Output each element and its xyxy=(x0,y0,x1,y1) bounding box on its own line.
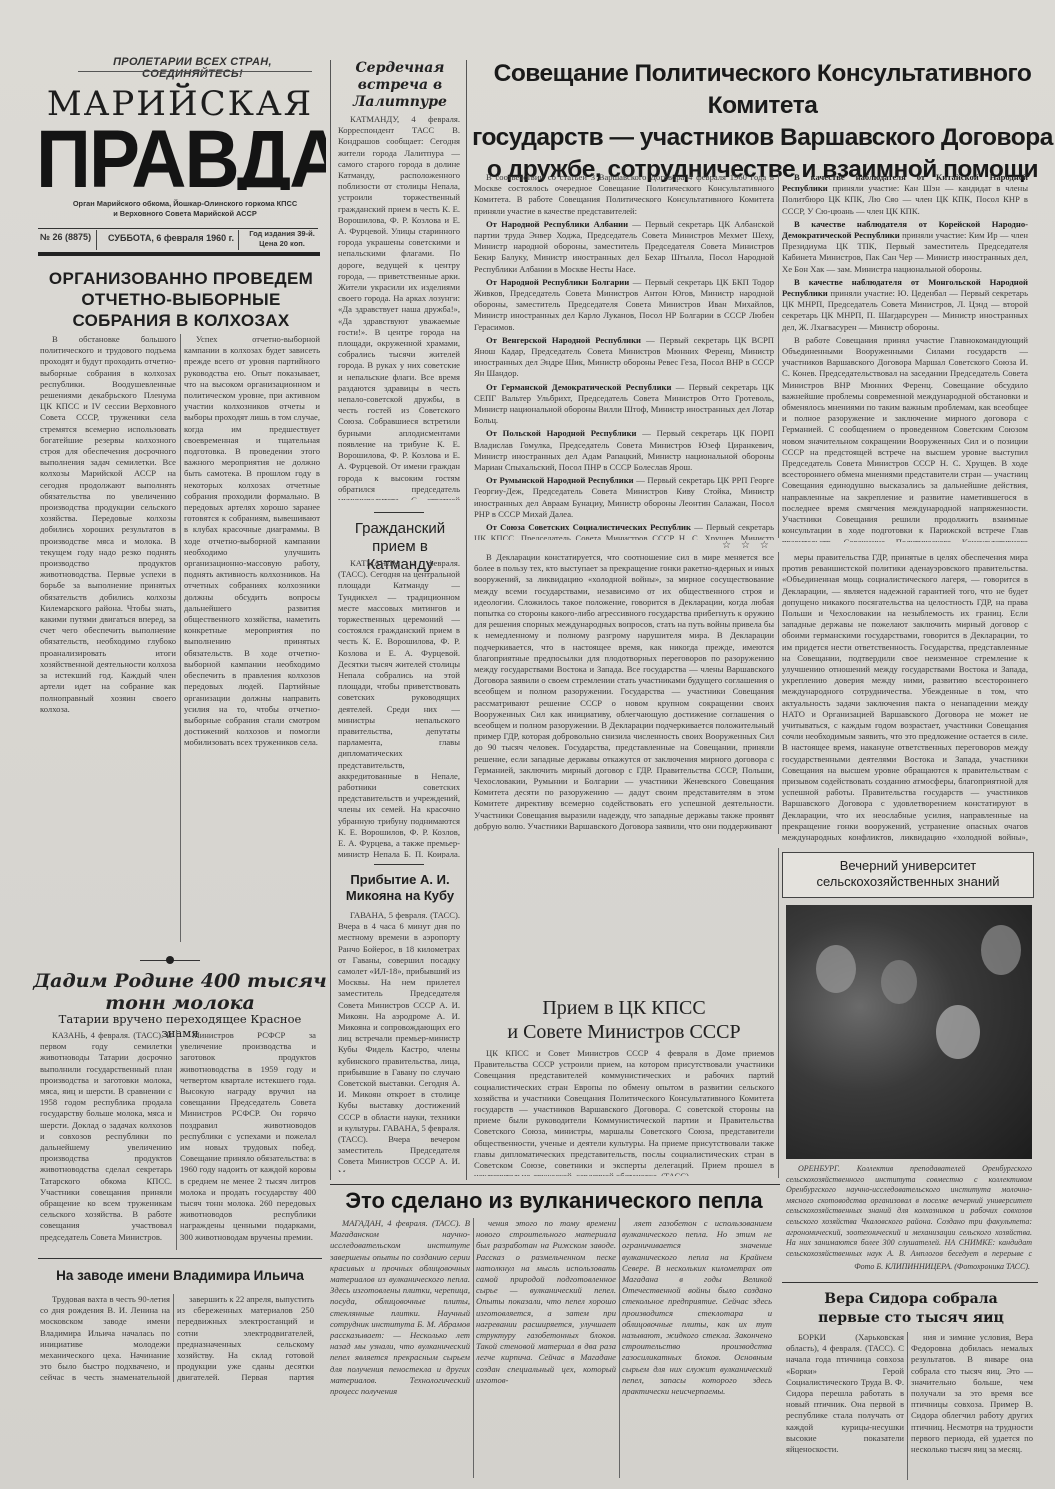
kathmandu-text-body: КАТМАНДУ, 4 февраля. (ТАСС). Сегодня на … xyxy=(338,558,460,858)
delegation-country: От Польской Народной Республики xyxy=(486,428,637,438)
delegation-country: От Союза Советских Социалистических Респ… xyxy=(486,522,691,532)
organ-line-1: Орган Марийского обкома, Йошкар-Олинског… xyxy=(50,199,320,209)
university-headline: Вечерний университет сельскохозяйственны… xyxy=(783,858,1033,890)
issue-date: СУББОТА, 6 февраля 1960 г. xyxy=(108,233,234,243)
lalitpur-text: КАТМАНДУ, 4 февраля. Корреспондент ТАСС … xyxy=(338,114,460,500)
eggs-col-2: ния и зимние условия, Вера Федоровна доб… xyxy=(911,1332,1033,1482)
milk-headline-wrap: Дадим Родине 400 тысяч тонн молока xyxy=(30,970,330,1014)
price: Цена 20 коп. xyxy=(244,239,320,249)
delegation-country: От Народной Республики Болгарии xyxy=(486,277,629,287)
kolkhoz-col-2: Успех отчетно-выборной кампании в колхоз… xyxy=(184,334,320,944)
warsaw-col-2: В качестве наблюдателя от Китайской Наро… xyxy=(782,172,1028,542)
kolkhoz-headline: ОРГАНИЗОВАННО ПРОВЕДЕМ ОТЧЕТНО-ВЫБОРНЫЕ … xyxy=(42,268,320,331)
university-caption: ОРЕНБУРГ. Коллектив преподавателей Оренб… xyxy=(786,1164,1032,1260)
declaration-right: меры правительства ГДР, принятые в целях… xyxy=(782,552,1028,842)
warsaw-intro: В соответствии со статьей 3 Варшавского … xyxy=(474,172,774,217)
masthead-slogan: ПРОЛЕТАРИИ ВСЕХ СТРАН, СОЕДИНЯЙТЕСЬ! xyxy=(70,56,315,80)
university-photo xyxy=(786,905,1032,1159)
ilyich-col-1-text: Трудовая вахта в честь 90-летия со дня р… xyxy=(40,1294,170,1384)
kathmandu-text: КАТМАНДУ, 4 февраля. (ТАСС). Сегодня на … xyxy=(338,558,460,858)
volcanic-col-2: чения этого по тому времени нового строи… xyxy=(476,1218,616,1480)
lalitpur-headline-wrap: Сердечная встреча в Лалитпуре xyxy=(338,60,462,111)
volcanic-col-2-text: чения этого по тому времени нового строи… xyxy=(476,1218,616,1386)
lalitpur-headline: Сердечная встреча в Лалитпуре xyxy=(353,60,447,110)
year-and-price: Год издания 39-й. Цена 20 коп. xyxy=(244,229,320,249)
eggs-headline-line-2: первые сто тысяч яиц xyxy=(786,1309,1036,1328)
mikoyan-text: ГАВАНА, 5 февраля. (ТАСС). Вчера в 4 час… xyxy=(338,910,460,1172)
university-headline-line-2: сельскохозяйственных знаний xyxy=(783,874,1033,890)
milk-col-2-text: Министров РСФСР за увеличение производст… xyxy=(180,1030,316,1243)
ilyich-col-1: Трудовая вахта в честь 90-летия со дня р… xyxy=(40,1294,170,1384)
eggs-headline: Вера Сидора собрала первые сто тысяч яиц xyxy=(786,1290,1036,1328)
declaration-left-text: В Декларации констатируется, что соотнош… xyxy=(474,552,774,832)
divider-dot-ornament xyxy=(166,956,174,964)
masthead-title-main: ПРАВДА xyxy=(36,124,320,190)
reception-text: ЦК КПСС и Совет Министров СССР 4 февраля… xyxy=(474,1048,774,1176)
kolkhoz-col-1-text: В обстановке большого политического и тр… xyxy=(40,334,176,715)
delegation-country: От Румынской Народной Республики xyxy=(486,475,634,485)
reception-headline: Прием в ЦК КПСС и Совете Министров СССР xyxy=(474,996,774,1044)
reception-headline-line-2: и Совете Министров СССР xyxy=(474,1020,774,1044)
reception-text-body: ЦК КПСС и Совет Министров СССР 4 февраля… xyxy=(474,1048,774,1176)
milk-col-1-text: КАЗАНЬ, 4 февраля. (ТАСС). В первом году… xyxy=(40,1030,172,1243)
lalitpur-text-body: КАТМАНДУ, 4 февраля. Корреспондент ТАСС … xyxy=(338,114,460,500)
kolkhoz-col-1: В обстановке большого политического и тр… xyxy=(40,334,176,944)
ilyich-headline: На заводе имени Владимира Ильича xyxy=(40,1268,320,1283)
newspaper-page: ПРОЛЕТАРИИ ВСЕХ СТРАН, СОЕДИНЯЙТЕСЬ! МАР… xyxy=(0,0,1055,1489)
warsaw-headline-line-1: Совещание Политического Консультативного… xyxy=(470,58,1055,122)
ilyich-col-2-text: завершить к 22 апреля, выпустить из сбер… xyxy=(177,1294,314,1384)
milk-col-1: КАЗАНЬ, 4 февраля. (ТАСС). В первом году… xyxy=(40,1030,172,1252)
university-headline-box: Вечерний университет сельскохозяйственны… xyxy=(782,852,1034,898)
volcanic-col-1: МАГАДАН, 4 февраля. (ТАСС). В Магаданско… xyxy=(330,1218,470,1480)
volcanic-col-3: ляет газобетон с использованием вулканич… xyxy=(622,1218,772,1480)
volcanic-col-1-text: МАГАДАН, 4 февраля. (ТАСС). В Магаданско… xyxy=(330,1218,470,1397)
milk-col-2: Министров РСФСР за увеличение производст… xyxy=(180,1030,316,1252)
masthead-title-top: МАРИЙСКАЯ xyxy=(40,84,320,124)
eggs-col-2-text: ния и зимние условия, Вера Федоровна доб… xyxy=(911,1332,1033,1455)
eggs-col-1: БОРКИ (Харьковская область), 4 февраля. … xyxy=(786,1332,904,1482)
warsaw-col-2-text: В работе Совещания принял участие Главно… xyxy=(782,335,1028,542)
eggs-col-1-text: БОРКИ (Харьковская область), 4 февраля. … xyxy=(786,1332,904,1455)
warsaw-headline: Совещание Политического Консультативного… xyxy=(470,58,1055,186)
university-headline-line-1: Вечерний университет xyxy=(783,858,1033,874)
university-caption-text: ОРЕНБУРГ. Коллектив преподавателей Оренб… xyxy=(786,1164,1032,1260)
reception-headline-line-1: Прием в ЦК КПСС xyxy=(474,996,774,1020)
mikoyan-headline: Прибытие А. И. Микояна на Кубу xyxy=(338,872,462,904)
delegation-country: От Народной Республики Албании xyxy=(486,219,628,229)
star-separator-icon: ☆☆☆ xyxy=(722,540,779,551)
volcanic-headline: Это сделано из вулканического пепла xyxy=(334,1188,774,1214)
warsaw-col-1: В соответствии со статьей 3 Варшавского … xyxy=(474,172,774,540)
delegation-country: От Германской Демократической Республики xyxy=(486,382,671,392)
eggs-headline-line-1: Вера Сидора собрала xyxy=(786,1290,1036,1309)
mikoyan-text-body: ГАВАНА, 5 февраля. (ТАСС). Вчера в 4 час… xyxy=(338,910,460,1172)
declaration-left: В Декларации констатируется, что соотнош… xyxy=(474,552,774,984)
masthead-organ: Орган Марийского обкома, Йошкар-Олинског… xyxy=(50,199,320,219)
issue-number: № 26 (8875) xyxy=(40,232,91,242)
ilyich-col-2: завершить к 22 апреля, выпустить из сбер… xyxy=(177,1294,314,1384)
organ-line-2: и Верховного Совета Марийской АССР xyxy=(50,209,320,219)
year-of-publication: Год издания 39-й. xyxy=(244,229,320,239)
photo-credit: Фото Б. КЛИПИННИЦЕРА. (Фотохроника ТАСС)… xyxy=(830,1262,1030,1271)
declaration-right-text: меры правительства ГДР, принятые в целях… xyxy=(782,552,1028,842)
warsaw-headline-line-2: государств — участников Варшавского Дого… xyxy=(470,122,1055,154)
volcanic-col-3-text: ляет газобетон с использованием вулканич… xyxy=(622,1218,772,1397)
delegation-country: От Венгерской Народной Республики xyxy=(486,335,641,345)
masthead-title-main-wrap: ПРАВДА xyxy=(36,124,326,190)
kolkhoz-col-2-text: Успех отчетно-выборной кампании в колхоз… xyxy=(184,334,320,749)
milk-headline: Дадим Родине 400 тысяч тонн молока xyxy=(33,970,326,1014)
